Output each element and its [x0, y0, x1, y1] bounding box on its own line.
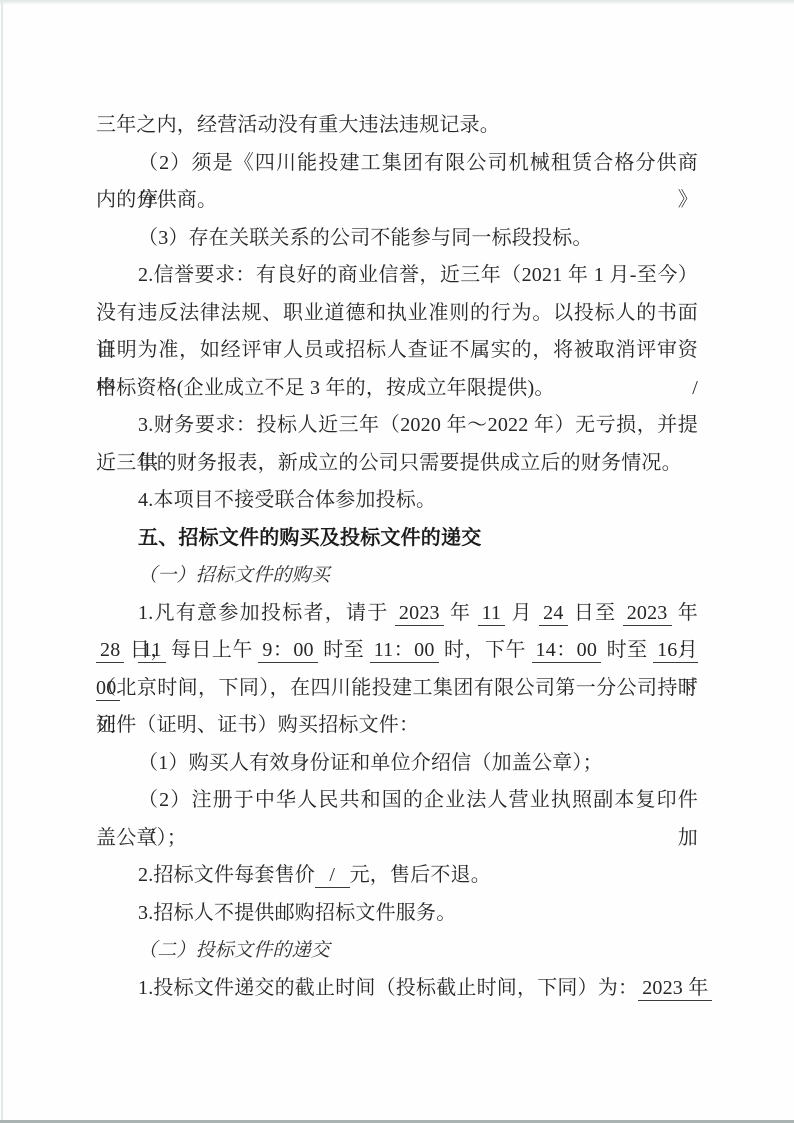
text-line: 3.财务要求：投标人近三年（2020 年～2022 年）无亏损，并提供 [96, 407, 698, 445]
text-segment: 2.招标文件每套售价 [138, 864, 315, 886]
underlined-value: 14：00 [532, 639, 602, 663]
text-line: （北京时间，下同），在四川能投建工集团有限公司第一分公司持下列 [96, 670, 698, 708]
underlined-value: 24 [539, 602, 567, 626]
text-line: 证明为准，如经评审人员或招标人查证不属实的，将被取消评审资格/ [96, 332, 698, 370]
text-segment: （二）投标文件的递交 [138, 940, 330, 961]
text-segment: 元，售后不退。 [350, 864, 491, 886]
text-line: 没有违反法律法规、职业道德和执业准则的行为。以投标人的书面自 [96, 295, 698, 333]
text-line: 2.招标文件每套售价 / 元，售后不退。 [96, 857, 698, 895]
text-line: （一）招标文件的购买 [96, 557, 698, 595]
text-segment: 3.招标人不提供邮购招标文件服务。 [138, 902, 456, 924]
text-segment: 时，下午 [439, 639, 532, 661]
text-segment: 年 [444, 602, 478, 624]
text-segment: 证件（证明、证书）购买招标文件： [96, 714, 419, 736]
text-line: 2.信誉要求：有良好的商业信誉，近三年（2021 年 1 月-至今） [96, 257, 698, 295]
text-line: （2）注册于中华人民共和国的企业法人营业执照副本复印件（加 [96, 782, 698, 820]
text-line: 28 日，每日上午 9：00 时至 11：00 时，下午 14：00 时至 16… [96, 632, 698, 670]
document-page: 三年之内，经营活动没有重大违法违规记录。（2）须是《四川能投建工集团有限公司机械… [0, 0, 794, 1123]
text-line: 证件（证明、证书）购买招标文件： [96, 707, 698, 745]
text-segment: 4.本项目不接受联合体参加投标。 [138, 489, 436, 511]
text-segment: （3）存在关联关系的公司不能参与同一标段投标。 [138, 227, 593, 249]
text-line: 三年之内，经营活动没有重大违法违规记录。 [96, 107, 698, 145]
underlined-value: 2023 年 [638, 977, 712, 1001]
underlined-value: 9：00 [258, 639, 317, 663]
text-line: （3）存在关联关系的公司不能参与同一标段投标。 [96, 220, 698, 258]
text-segment: （2）须是《四川能投建工集团有限公司机械租赁合格分供商库》 [138, 152, 698, 212]
text-line: 3.招标人不提供邮购招标文件服务。 [96, 895, 698, 933]
document-lines: 三年之内，经营活动没有重大违法违规记录。（2）须是《四川能投建工集团有限公司机械… [96, 107, 698, 1007]
text-segment: 1.凡有意参加投标者，请于 [138, 602, 395, 624]
text-segment: 盖公章）； [96, 827, 187, 849]
text-segment: 近三年的财务报表，新成立的公司只需要提供成立后的财务情况。 [96, 452, 682, 474]
underlined-value: 2023 [623, 602, 672, 626]
underlined-value: 28 [96, 639, 124, 663]
text-segment: 五、招标文件的购买及投标文件的递交 [138, 527, 481, 549]
text-segment: 1.投标文件递交的截止时间（投标截止时间，下同）为： [138, 977, 638, 999]
scan-left-edge [1, 0, 3, 1123]
text-segment: 年 [672, 602, 699, 624]
text-line: 近三年的财务报表，新成立的公司只需要提供成立后的财务情况。 [96, 445, 698, 483]
text-segment: （2）注册于中华人民共和国的企业法人营业执照副本复印件（加 [138, 789, 698, 849]
underlined-value: / [315, 864, 350, 888]
text-segment: 时至 [318, 639, 370, 661]
text-segment: （一）招标文件的购买 [138, 565, 330, 586]
text-segment: 日，每日上午 [124, 639, 258, 661]
text-line: （2）须是《四川能投建工集团有限公司机械租赁合格分供商库》 [96, 145, 698, 183]
text-line: （二）投标文件的递交 [96, 932, 698, 970]
text-line: 1.投标文件递交的截止时间（投标截止时间，下同）为：2023 年 [96, 970, 698, 1008]
text-segment: 三年之内，经营活动没有重大违法违规记录。 [96, 114, 500, 136]
text-segment: 内的分供商。 [96, 189, 217, 211]
text-segment: （1）购买人有效身份证和单位介绍信（加盖公章）； [138, 752, 603, 774]
text-line: 1.凡有意参加投标者，请于 2023 年 11 月 24 日至 2023 年 1… [96, 595, 698, 633]
text-line: （1）购买人有效身份证和单位介绍信（加盖公章）； [96, 745, 698, 783]
underlined-value: 11：00 [370, 639, 439, 663]
text-segment: 时至 [601, 639, 653, 661]
text-line: 五、招标文件的购买及投标文件的递交 [96, 520, 698, 558]
text-segment: 月 [505, 602, 539, 624]
text-segment: 中标资格(企业成立不足 3 年的，按成立年限提供)。 [96, 377, 555, 399]
underlined-value: 2023 [395, 602, 444, 626]
underlined-value: 11 [478, 602, 506, 626]
text-segment: 2.信誉要求：有良好的商业信誉，近三年（2021 年 1 月-至今） [138, 264, 698, 286]
text-line: 4.本项目不接受联合体参加投标。 [96, 482, 698, 520]
text-segment: 日至 [568, 602, 623, 624]
scan-top-edge [0, 0, 794, 5]
